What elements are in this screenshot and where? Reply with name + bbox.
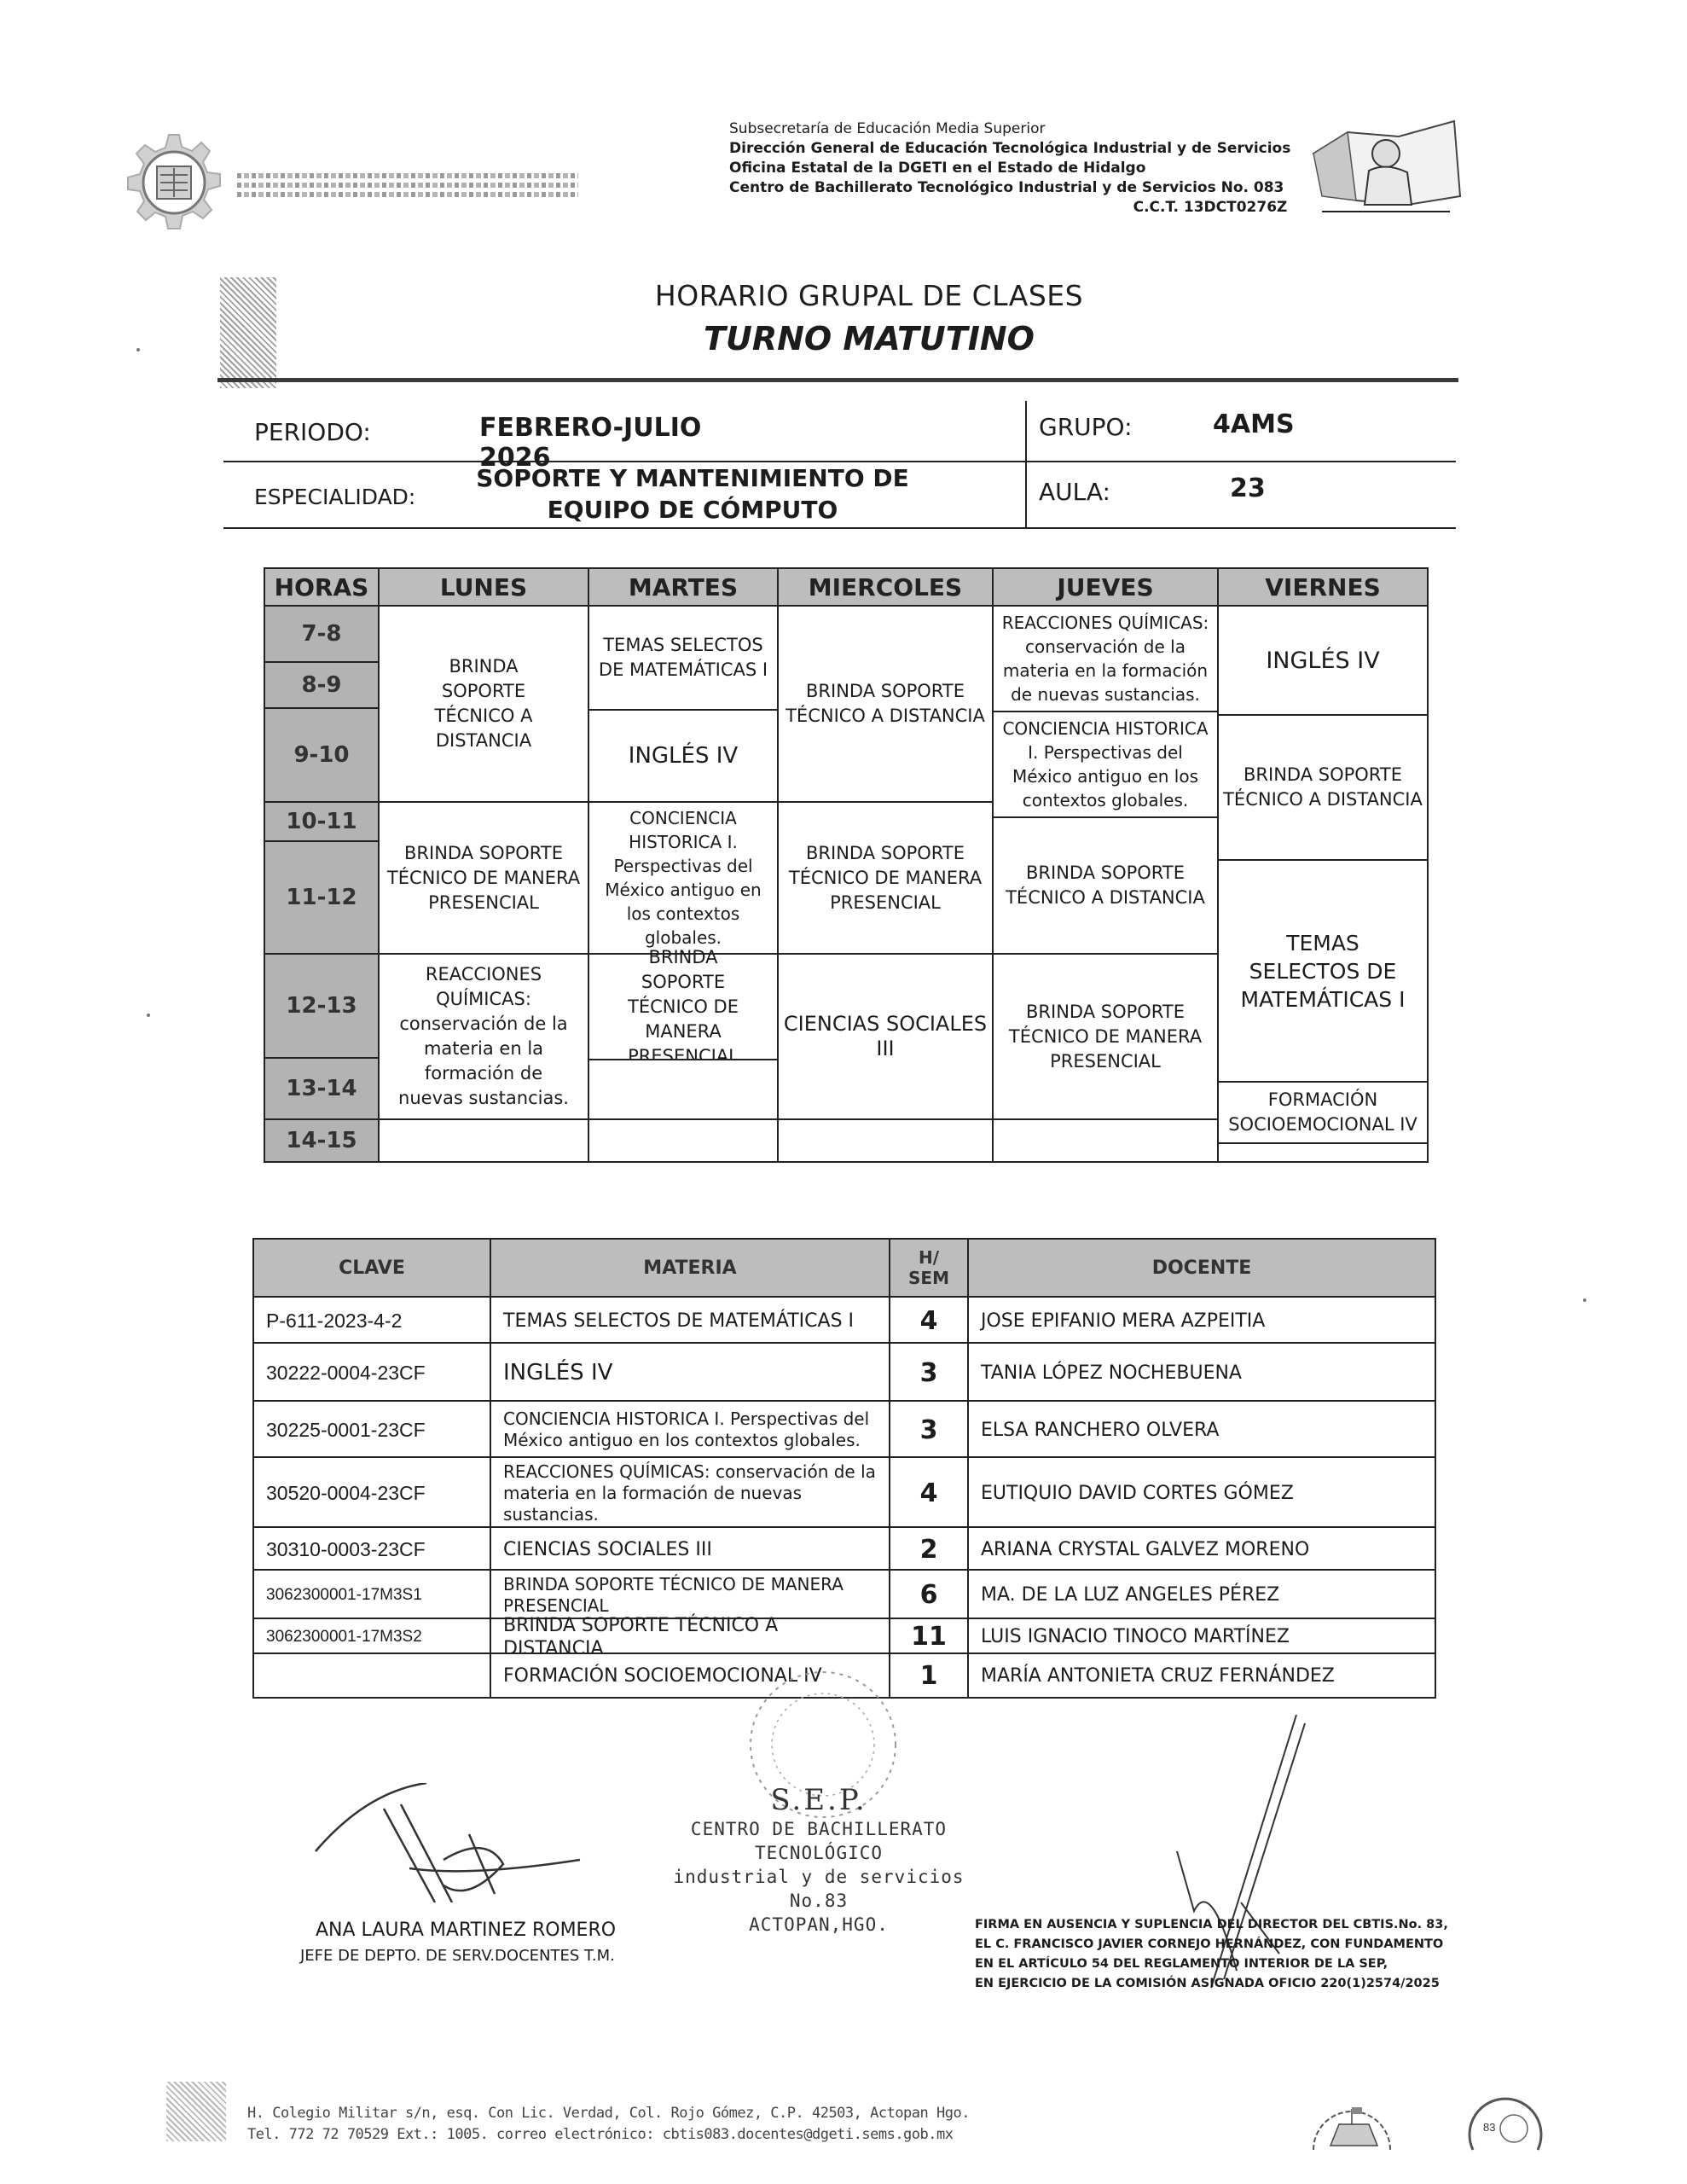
class-block: TEMAS SELECTOS DE MATEMÁTICAS I xyxy=(588,605,779,711)
signer-role-left: JEFE DE DEPTO. DE SERV.DOCENTES T.M. xyxy=(300,1947,615,1965)
address-line: H. Colegio Militar s/n, esq. Con Lic. Ve… xyxy=(247,2103,970,2124)
hours-cell: 3 xyxy=(889,1342,969,1403)
cbtis-seal-icon: 83 xyxy=(1463,2082,1548,2158)
class-block: BRINDA SOPORTE TÉCNICO A DISTANCIA xyxy=(378,605,589,803)
note-line: EN EJERCICIO DE LA COMISIÓN ASIGNADA OFI… xyxy=(975,1974,1448,1994)
hour-slot: 10-11 xyxy=(264,801,380,842)
materia-cell: TEMAS SELECTOS DE MATEMÁTICAS I xyxy=(490,1296,890,1345)
especialidad-label: ESPECIALIDAD: xyxy=(254,485,415,509)
header-clave: CLAVE xyxy=(252,1238,491,1298)
class-block-empty xyxy=(777,1118,994,1163)
class-block: REACCIONES QUÍMICAS: conservación de la … xyxy=(992,605,1219,712)
dgeti-logo xyxy=(109,128,587,239)
hour-slot: 9-10 xyxy=(264,707,380,803)
especialidad-value: SOPORTE Y MANTENIMIENTO DE EQUIPO DE CÓM… xyxy=(471,462,914,526)
note-line: EL C. FRANCISCO JAVIER CORNEJO HERNÁNDEZ… xyxy=(975,1935,1448,1955)
institution-line: Dirección General de Educación Tecnológi… xyxy=(729,139,1290,159)
class-block-empty xyxy=(378,1118,589,1163)
footer-pattern xyxy=(166,2082,226,2141)
signature-left-icon xyxy=(299,1783,623,1902)
materia-cell: CIENCIAS SOCIALES III xyxy=(490,1526,890,1572)
class-block: BRINDA SOPORTE TÉCNICO DE MANERA PRESENC… xyxy=(588,953,779,1060)
page-title: HORARIO GRUPAL DE CLASES xyxy=(0,279,1687,312)
schedule-table: HORAS LUNES MARTES MIERCOLES JUEVES VIER… xyxy=(264,567,1429,1194)
hour-slot: 8-9 xyxy=(264,661,380,709)
header-viernes: VIERNES xyxy=(1217,567,1429,607)
clave-cell: 30222-0004-23CF xyxy=(252,1342,491,1403)
header-horas-semana: H/ SEM xyxy=(889,1238,969,1298)
materia-cell: REACCIONES QUÍMICAS: conservación de la … xyxy=(490,1456,890,1530)
scan-speck xyxy=(136,348,140,351)
clave-cell xyxy=(252,1653,491,1699)
scan-speck xyxy=(1583,1298,1586,1302)
hours-cell: 3 xyxy=(889,1400,969,1460)
periodo-label: PERIODO: xyxy=(254,418,371,446)
header-miercoles: MIERCOLES xyxy=(777,567,994,607)
hours-cell: 4 xyxy=(889,1296,969,1345)
materia-cell: BRINDA SOPORTE TÉCNICO A DISTANCIA xyxy=(490,1618,890,1656)
institution-line: Oficina Estatal de la DGETI en el Estado… xyxy=(729,159,1290,178)
materia-cell: CONCIENCIA HISTORICA I. Perspectivas del… xyxy=(490,1400,890,1460)
contact-line: Tel. 772 72 70529 Ext.: 1005. correo ele… xyxy=(247,2124,970,2146)
director-substitution-note: FIRMA EN AUSENCIA Y SUPLENCIA DEL DIRECT… xyxy=(975,1915,1448,1994)
class-block: FORMACIÓN SOCIOEMOCIONAL IV xyxy=(1217,1081,1429,1144)
class-block: REACCIONES QUÍMICAS: conservación de la … xyxy=(378,953,589,1120)
sep-stamp-text: S.E.P. CENTRO DE BACHILLERATO TECNOLÓGIC… xyxy=(648,1783,989,1937)
class-block: INGLÉS IV xyxy=(1217,605,1429,716)
subjects-table: CLAVE MATERIA H/ SEM DOCENTE P-611-2023-… xyxy=(252,1238,1436,1699)
patria-flag-illustration-icon xyxy=(1296,119,1467,218)
docente-cell: TANIA LÓPEZ NOCHEBUENA xyxy=(967,1342,1436,1403)
aula-value: 23 xyxy=(1230,473,1298,503)
class-block-empty xyxy=(588,1059,779,1120)
class-block: BRINDA SOPORTE TÉCNICO A DISTANCIA xyxy=(1217,714,1429,861)
docente-cell: ELSA RANCHERO OLVERA xyxy=(967,1400,1436,1460)
shift-title: TURNO MATUTINO xyxy=(0,320,1687,357)
header-lunes: LUNES xyxy=(378,567,589,607)
institution-header: Subsecretaría de Educación Media Superio… xyxy=(729,119,1290,218)
hours-cell: 6 xyxy=(889,1569,969,1621)
hours-cell: 2 xyxy=(889,1526,969,1572)
clave-cell: P-611-2023-4-2 xyxy=(252,1296,491,1345)
especialidad-line: EQUIPO DE CÓMPUTO xyxy=(471,494,914,526)
stamp-line: industrial y de servicios No.83 xyxy=(648,1865,989,1913)
clave-cell: 3062300001-17M3S1 xyxy=(252,1569,491,1621)
footer-contact: H. Colegio Militar s/n, esq. Con Lic. Ve… xyxy=(247,2103,970,2146)
class-block: BRINDA SOPORTE TÉCNICO A DISTANCIA xyxy=(992,816,1219,955)
class-block: CONCIENCIA HISTORICA I. Perspectivas del… xyxy=(992,711,1219,818)
docente-cell: MA. DE LA LUZ ANGELES PÉREZ xyxy=(967,1569,1436,1621)
docente-cell: JOSE EPIFANIO MERA AZPEITIA xyxy=(967,1296,1436,1345)
institution-line: Subsecretaría de Educación Media Superio… xyxy=(729,119,1290,139)
note-line: EN EL ARTÍCULO 54 DEL REGLAMENTO INTERIO… xyxy=(975,1955,1448,1974)
hours-cell: 4 xyxy=(889,1456,969,1530)
hour-slot: 14-15 xyxy=(264,1118,380,1163)
docente-cell: MARÍA ANTONIETA CRUZ FERNÁNDEZ xyxy=(967,1653,1436,1699)
class-block-empty xyxy=(992,1118,1219,1163)
hour-slot: 7-8 xyxy=(264,605,380,663)
docente-cell: LUIS IGNACIO TINOCO MARTÍNEZ xyxy=(967,1618,1436,1656)
class-block: INGLÉS IV xyxy=(588,709,779,803)
grupo-value: 4AMS xyxy=(1213,409,1349,439)
class-block: CONCIENCIA HISTORICA I. Perspectivas del… xyxy=(588,801,779,955)
class-block-empty xyxy=(588,1118,779,1163)
especialidad-line: SOPORTE Y MANTENIMIENTO DE xyxy=(471,462,914,494)
note-line: FIRMA EN AUSENCIA Y SUPLENCIA DEL DIRECT… xyxy=(975,1915,1448,1935)
stamp-line: S.E.P. xyxy=(648,1783,989,1817)
class-block: BRINDA SOPORTE TÉCNICO DE MANERA PRESENC… xyxy=(992,953,1219,1120)
gear-logo-icon xyxy=(109,128,229,239)
class-block: CIENCIAS SOCIALES III xyxy=(777,953,994,1120)
docente-cell: EUTIQUIO DAVID CORTES GÓMEZ xyxy=(967,1456,1436,1530)
class-block: TEMAS SELECTOS DE MATEMÁTICAS I xyxy=(1217,859,1429,1083)
class-block: BRINDA SOPORTE TÉCNICO DE MANERA PRESENC… xyxy=(777,801,994,955)
title-divider xyxy=(217,378,1458,382)
materia-cell: INGLÉS IV xyxy=(490,1342,890,1403)
dgeti-logo-text xyxy=(237,169,578,201)
clave-cell: 30225-0001-23CF xyxy=(252,1400,491,1460)
hour-slot: 11-12 xyxy=(264,840,380,955)
scan-speck xyxy=(147,1014,150,1017)
divider xyxy=(223,527,1456,529)
divider xyxy=(1025,401,1027,527)
header-materia: MATERIA xyxy=(490,1238,890,1298)
grupo-label: GRUPO: xyxy=(1039,413,1133,441)
clave-cell: 30310-0003-23CF xyxy=(252,1526,491,1572)
clave-cell: 30520-0004-23CF xyxy=(252,1456,491,1530)
hour-slot: 13-14 xyxy=(264,1057,380,1120)
group-info: PERIODO: FEBRERO-JULIO 2026 GRUPO: 4AMS … xyxy=(223,401,1456,531)
hour-slot: 12-13 xyxy=(264,953,380,1059)
cct-code: C.C.T. 13DCT0276Z xyxy=(729,198,1290,218)
class-block-empty xyxy=(1217,1142,1429,1163)
hours-cell: 11 xyxy=(889,1618,969,1656)
stamp-line: ACTOPAN,HGO. xyxy=(648,1913,989,1937)
stamp-line: TECNOLÓGICO xyxy=(648,1841,989,1865)
header-martes: MARTES xyxy=(588,567,779,607)
class-block: BRINDA SOPORTE TÉCNICO DE MANERA PRESENC… xyxy=(378,801,589,955)
clave-cell: 3062300001-17M3S2 xyxy=(252,1618,491,1656)
aula-label: AULA: xyxy=(1039,478,1110,506)
header-docente: DOCENTE xyxy=(967,1238,1436,1298)
servicios-docentes-stamp-icon xyxy=(1305,2082,1399,2158)
stamp-line: CENTRO DE BACHILLERATO xyxy=(648,1817,989,1841)
signer-name-left: ANA LAURA MARTINEZ ROMERO xyxy=(316,1920,616,1941)
header-horas: HORAS xyxy=(264,567,380,607)
header-jueves: JUEVES xyxy=(992,567,1219,607)
docente-cell: ARIANA CRYSTAL GALVEZ MORENO xyxy=(967,1526,1436,1572)
institution-line: Centro de Bachillerato Tecnológico Indus… xyxy=(729,178,1290,198)
class-block: BRINDA SOPORTE TÉCNICO A DISTANCIA xyxy=(777,605,994,803)
svg-text:83: 83 xyxy=(1483,2121,1495,2134)
